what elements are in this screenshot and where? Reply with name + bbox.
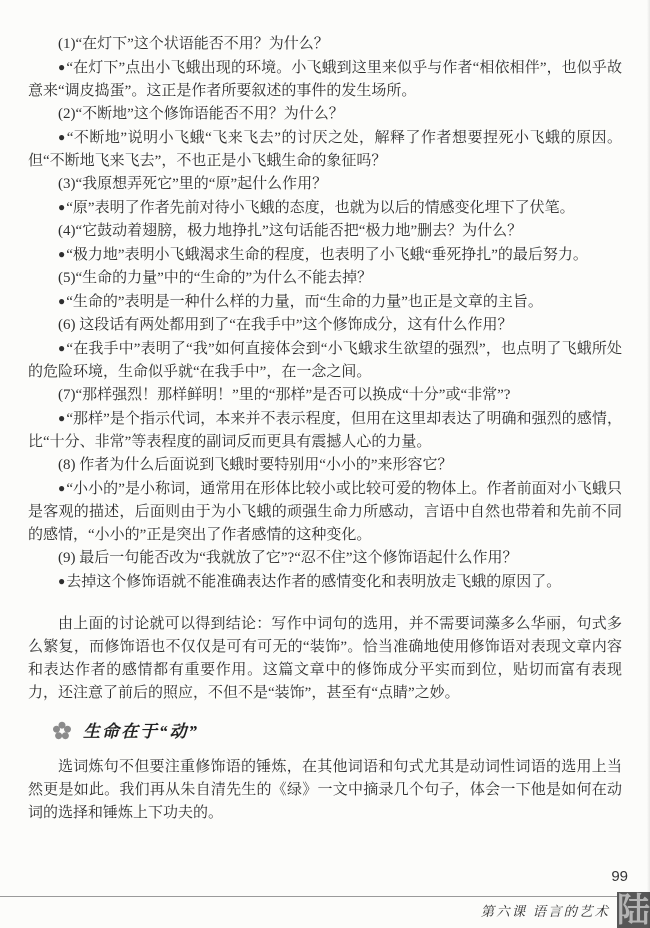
summary-paragraph: 由上面的讨论就可以得到结论：写作中词句的选用，并不需要词藻多么华丽，句式多么繁复… bbox=[28, 613, 622, 705]
intro-paragraph: 选词炼句不但要注重修饰语的锤炼，在其他词语和句式尤其是动词性词语的选用上当然更是… bbox=[28, 756, 622, 825]
section-title: 生命在于“动” bbox=[83, 720, 199, 743]
page-number: 99 bbox=[611, 868, 628, 885]
question: (2)“不断地”这个修饰语能否不用？为什么？ bbox=[28, 103, 622, 126]
question: (1)“在灯下”这个状语能否不用？为什么？ bbox=[28, 33, 622, 56]
answer: ●“那样”是个指示代词，本来并不表示程度，但用在这里却表达了明确和强烈的感情，比… bbox=[28, 407, 622, 454]
answer-text: “在我手中”表明了“我”如何直接体会到“小飞蛾求生欲望的强烈”，也点明了飞蛾所处… bbox=[28, 341, 622, 380]
answer: ●“生命的”表明是一种什么样的力量，而“生命的力量”也正是文章的主旨。 bbox=[28, 290, 622, 314]
footer-rule bbox=[0, 896, 617, 897]
answer-text: “那样”是个指示代词，本来并不表示程度，但用在这里却表达了明确和强烈的感情，比“… bbox=[28, 411, 622, 450]
answer: ●“不断地”说明小飞蛾“飞来飞去”的讨厌之处，解释了作者想要捏死小飞蛾的原因。但… bbox=[28, 126, 622, 173]
answer-text: “小小的”是小称词，通常用在形体比较小或比较可爱的物体上。作者前面对小飞蛾只是客… bbox=[28, 481, 622, 543]
qa-section: (1)“在灯下”这个状语能否不用？为什么？ ●“在灯下”点出小飞蛾出现的环境。小… bbox=[28, 33, 622, 594]
question: (3)“我原想弄死它”里的“原”起什么作用？ bbox=[28, 173, 622, 196]
question: (8) 作者为什么后面说到飞蛾时要特别用“小小的”来形容它？ bbox=[28, 454, 622, 477]
page-content: (1)“在灯下”这个状语能否不用？为什么？ ●“在灯下”点出小飞蛾出现的环境。小… bbox=[0, 0, 650, 825]
chapter-tab-character: 陆 bbox=[617, 892, 650, 928]
lesson-label: 第六课 语言的艺术 bbox=[481, 900, 610, 920]
answer-text: “在灯下”点出小飞蛾出现的环境。小飞蛾到这里来似乎与作者“相依相伴”，也似乎故意… bbox=[28, 60, 622, 99]
answer-text: “极力地”表明小飞蛾渴求生命的程度，也表明了小飞蛾“垂死挣扎”的最后努力。 bbox=[66, 247, 588, 263]
answer: ●“原”表明了作者先前对待小飞蛾的态度，也就为以后的情感变化埋下了伏笔。 bbox=[28, 196, 622, 220]
answer-text: “原”表明了作者先前对待小飞蛾的态度，也就为以后的情感变化埋下了伏笔。 bbox=[66, 200, 574, 216]
answer: ●“在灯下”点出小飞蛾出现的环境。小飞蛾到这里来似乎与作者“相依相伴”，也似乎故… bbox=[28, 56, 622, 103]
answer: ●“极力地”表明小飞蛾渴求生命的程度，也表明了小飞蛾“垂死挣扎”的最后努力。 bbox=[28, 243, 622, 267]
bullet-icon: ● bbox=[58, 130, 67, 144]
question: (4)“它鼓动着翅膀，极力地挣扎”这句话能否把“极力地”删去？为什么？ bbox=[28, 220, 622, 243]
bullet-icon: ● bbox=[58, 574, 66, 588]
question: (6) 这段话有两处都用到了“在我手中”这个修饰成分，这有什么作用？ bbox=[28, 314, 622, 337]
answer-text: “生命的”表明是一种什么样的力量，而“生命的力量”也正是文章的主旨。 bbox=[66, 294, 543, 310]
chapter-tab: 陆 bbox=[617, 892, 650, 928]
question: (9) 最后一句能否改为“我就放了它”?“忍不住”这个修饰语起什么作用？ bbox=[28, 547, 622, 570]
bullet-icon: ● bbox=[58, 294, 66, 308]
question: (7)“那样强烈！那样鲜明！”里的“那样”是否可以换成“十分”或“非常”? bbox=[28, 384, 622, 407]
answer: ●“小小的”是小称词，通常用在形体比较小或比较可爱的物体上。作者前面对小飞蛾只是… bbox=[28, 477, 622, 547]
bullet-icon: ● bbox=[58, 200, 66, 214]
section-header: 生命在于“动” bbox=[28, 718, 622, 744]
answer-text: 去掉这个修饰语就不能准确表达作者的感情变化和表明放走飞蛾的原因了。 bbox=[66, 574, 561, 590]
answer-text: “不断地”说明小飞蛾“飞来飞去”的讨厌之处，解释了作者想要捏死小飞蛾的原因。但“… bbox=[28, 130, 622, 169]
textbook-page: (1)“在灯下”这个状语能否不用？为什么？ ●“在灯下”点出小飞蛾出现的环境。小… bbox=[0, 0, 650, 928]
question: (5)“生命的力量”中的“生命的”为什么不能去掉？ bbox=[28, 267, 622, 290]
flower-icon bbox=[52, 721, 72, 741]
answer: ●去掉这个修饰语就不能准确表达作者的感情变化和表明放走飞蛾的原因了。 bbox=[28, 570, 622, 594]
answer: ●“在我手中”表明了“我”如何直接体会到“小飞蛾求生欲望的强烈”，也点明了飞蛾所… bbox=[28, 337, 622, 384]
bullet-icon: ● bbox=[58, 247, 66, 261]
